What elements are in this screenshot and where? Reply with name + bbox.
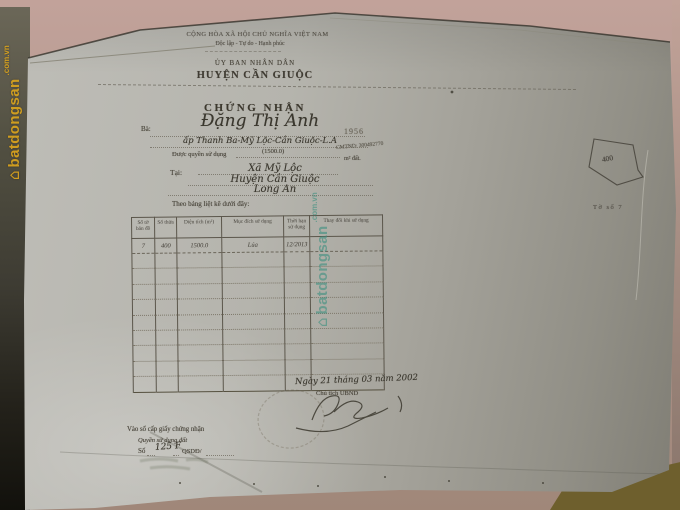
watermark-tld-text: .com.vn xyxy=(311,192,319,222)
grant-area-value: (1500.0) xyxy=(262,148,284,155)
cell-duration: 12/2013 xyxy=(284,237,310,252)
registry-number-label: Số xyxy=(138,448,145,456)
grantee-birth-year: 1956 xyxy=(344,128,364,137)
house-icon: ⌂ xyxy=(315,317,330,327)
grantee-name-handwritten: Đặng Thị Anh xyxy=(180,112,340,131)
location-dotted-line3 xyxy=(168,195,373,196)
registry-dotted-a xyxy=(147,455,155,456)
table-header-row: Số tờ bản đồ Số thửa Diện tích (m²) Mục … xyxy=(132,215,383,239)
issuer-line1: ỦY BAN NHÂN DÂN xyxy=(195,60,315,68)
registry-number-handwritten: 125 F xyxy=(155,442,182,454)
grantee-address-handwritten: ấp Thanh Ba-Mỹ Lộc-Cần Giuộc-L.A xyxy=(160,137,360,146)
photo-of-land-certificate: CỘNG HÒA XÃ HỘI CHỦ NGHĨA VIỆT NAM Độc l… xyxy=(0,0,680,510)
col-header-area: Diện tích (m²) xyxy=(177,217,222,238)
watermark-brand-text: batdongsan xyxy=(7,78,22,167)
col-header-purpose: Mục đích sử dụng xyxy=(222,216,284,238)
table-empty-rows xyxy=(132,251,384,392)
registry-dotted-c xyxy=(206,455,234,456)
cell-parcel-no: 400 xyxy=(155,238,177,253)
grant-unit: m² đất. xyxy=(344,156,361,163)
watermark-batdongsan-left: ⌂ batdongsan .com.vn xyxy=(3,10,25,180)
sketch-sheet-label: Tờ số 7 xyxy=(593,204,623,211)
location-label: Tại: xyxy=(170,169,182,177)
national-motto-line1: CỘNG HÒA XÃ HỘI CHỦ NGHĨA VIỆT NAM xyxy=(175,31,340,38)
cell-area: 1500.0 xyxy=(177,238,222,253)
motto-underline xyxy=(205,51,281,52)
grant-label: Được quyền sử dụng xyxy=(172,151,226,158)
location-commune-handwritten: Xã Mỹ Lộc xyxy=(225,163,325,174)
watermark-brand-text: batdongsan xyxy=(315,225,330,314)
grant-dotted-line xyxy=(236,157,340,158)
signer-title: Chủ tịch UBND xyxy=(316,390,358,397)
issuer-line2: HUYỆN CẦN GIUỘC xyxy=(185,70,325,82)
col-header-parcel-no: Số thửa xyxy=(155,217,177,238)
cell-purpose: Lúa xyxy=(222,237,284,253)
watermark-batdongsan-center: ⌂ batdongsan .com.vn xyxy=(311,177,333,327)
land-parcel-table: Số tờ bản đồ Số thửa Diện tích (m²) Mục … xyxy=(131,214,385,392)
house-icon: ⌂ xyxy=(7,170,22,180)
table-intro: Theo bảng liệt kê dưới đây: xyxy=(172,201,249,209)
watermark-tld-text: .com.vn xyxy=(3,45,11,75)
col-header-duration: Thời hạn sử dụng xyxy=(283,216,309,237)
col-header-map-sheet: Số tờ bản đồ xyxy=(132,217,155,238)
registry-line1: Vào sổ cấp giấy chứng nhận xyxy=(127,426,204,433)
national-motto-line2: Độc lập - Tự do - Hạnh phúc xyxy=(175,41,325,48)
grantee-label: Bà: xyxy=(141,126,151,134)
cell-map-sheet: 7 xyxy=(132,238,155,253)
registry-dotted-b xyxy=(173,455,179,456)
registry-number-suffix: QSDĐ/ xyxy=(182,448,202,455)
